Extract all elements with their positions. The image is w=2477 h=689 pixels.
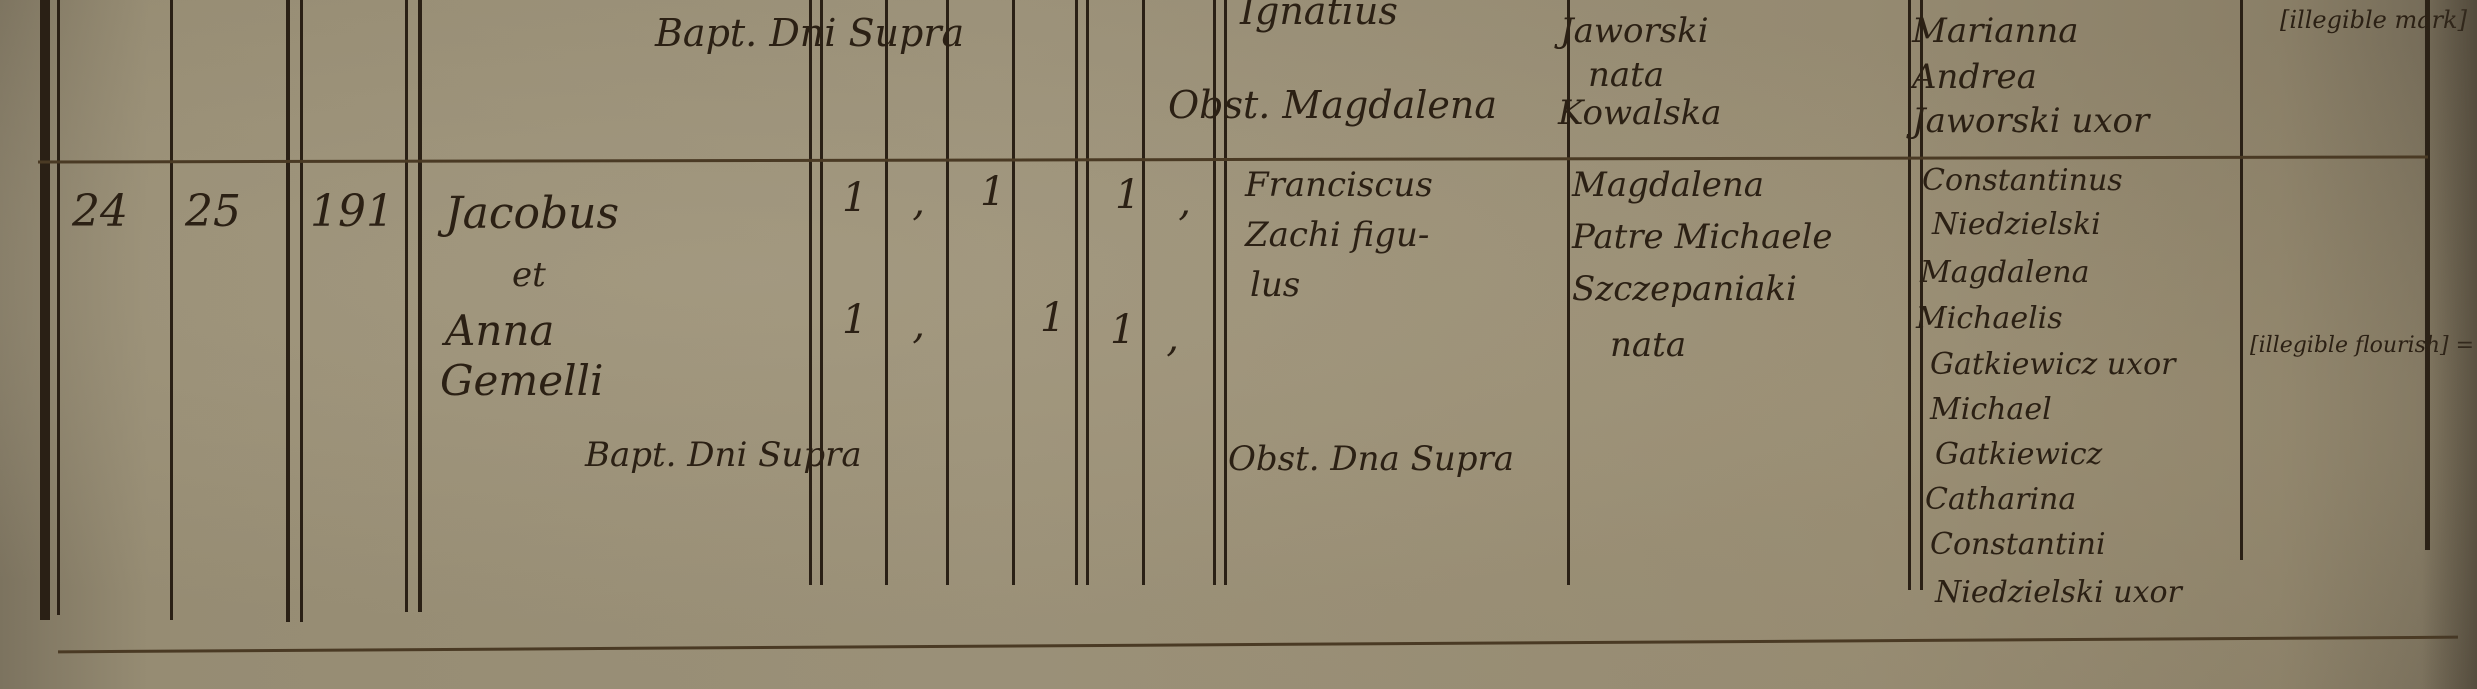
tally-mark: ‚ (912, 182, 925, 222)
godparent-line: Michael (1930, 395, 2052, 425)
tally-mark: 1 (1115, 175, 1140, 215)
column-rule (2240, 0, 2243, 560)
prev-father-fragment: Ignatius (1240, 0, 1398, 30)
column-rule (1075, 0, 1078, 585)
prev-mother-line: Kowalska (1558, 96, 1722, 130)
column-rule (809, 0, 812, 585)
obstetrix: Obst. Dna Supra (1228, 442, 1514, 476)
godparent-line: Catharina (1925, 485, 2076, 515)
prev-godparent-line: Jaworski uxor (1912, 104, 2149, 138)
child-name-line: Gemelli (440, 360, 603, 402)
tally-mark: ‚ (1178, 182, 1191, 222)
child-name-line: Jacobus (445, 192, 619, 236)
mother-line: nata (1610, 328, 1686, 362)
godparent-line: Gatkiewicz (1935, 440, 2102, 470)
tally-mark: 1 (1040, 298, 1065, 338)
godparent-line: Magdalena (1920, 258, 2089, 288)
tally-mark: ‚ (912, 305, 925, 345)
column-rule (820, 0, 823, 585)
register-page: Bapt. Dni Supra Ignatius Obst. Magdalena… (0, 0, 2477, 689)
birth-day: 24 (72, 190, 128, 234)
baptism-note: Bapt. Dni Supra (585, 438, 862, 472)
prev-mother-line: nata (1588, 58, 1664, 92)
column-rule (885, 0, 888, 585)
column-rule (946, 0, 949, 585)
prev-mother-line: Jaworski (1560, 14, 1709, 48)
mother-line: Szczepaniaki (1572, 272, 1797, 306)
tally-mark: ‚ (1166, 318, 1179, 358)
godparent-line: Michaelis (1916, 304, 2063, 334)
column-rule (300, 0, 303, 622)
godparent-line: Niedzielski (1932, 210, 2101, 240)
prev-baptism-note: Bapt. Dni Supra (655, 14, 964, 52)
column-rule (170, 0, 173, 620)
godparent-line: Constantini (1930, 530, 2106, 560)
prev-godparent-line: Marianna (1912, 14, 2079, 48)
godparent-line: Constantinus (1922, 166, 2123, 196)
prev-obstetrix: Obst. Magdalena (1168, 86, 1497, 124)
binding-shadow (2422, 0, 2477, 689)
column-rule (1086, 0, 1089, 585)
column-rule (405, 0, 408, 612)
mother-line: Magdalena (1572, 168, 1764, 202)
baptism-day: 25 (185, 190, 241, 234)
godparent-line: Gatkiewicz uxor (1930, 350, 2176, 380)
father-line: Franciscus (1245, 168, 1433, 202)
column-rule (1908, 0, 1911, 590)
child-name-line: Anna (445, 310, 554, 352)
column-rule-outer-left (40, 0, 50, 620)
mother-line: Patre Michaele (1572, 220, 1832, 254)
child-name-line: et (512, 258, 546, 292)
column-rule (286, 0, 290, 622)
column-rule (1567, 0, 1570, 585)
tally-mark: 1 (842, 300, 867, 340)
father-line: lus (1250, 268, 1300, 302)
house-number: 191 (310, 190, 394, 234)
tally-mark: 1 (980, 172, 1005, 212)
prev-godparent-line: Andrea (1912, 60, 2037, 94)
tally-mark: 1 (1110, 310, 1135, 350)
godparent-line: Niedzielski uxor (1935, 578, 2182, 608)
bottom-rule (58, 636, 2458, 654)
column-rule (1142, 0, 1145, 585)
tally-mark: 1 (842, 178, 867, 218)
column-rule (418, 0, 422, 612)
father-line: Zachi figu- (1245, 218, 1429, 252)
column-rule (1012, 0, 1015, 585)
column-rule (57, 0, 60, 615)
